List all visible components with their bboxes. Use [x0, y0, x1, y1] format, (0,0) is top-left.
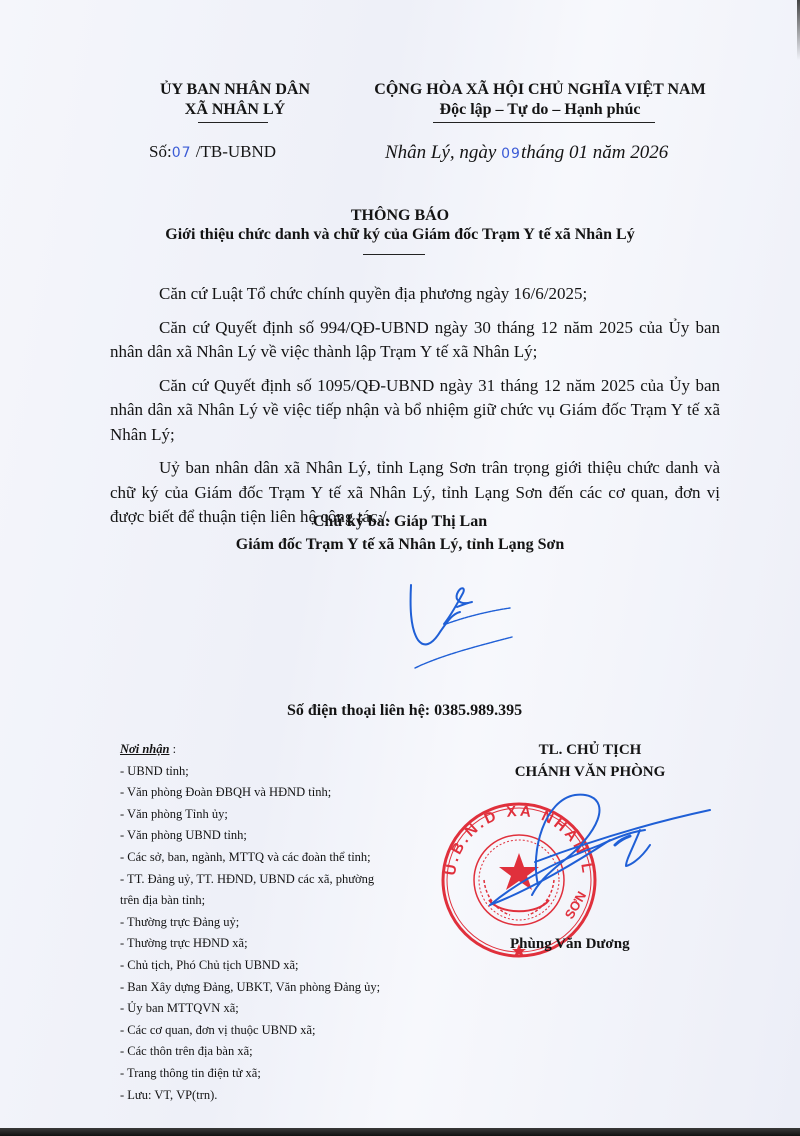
- recipients-list: Nơi nhận : - UBND tỉnh; - Văn phòng Đoàn…: [120, 739, 420, 1106]
- paragraph: Căn cứ Luật Tổ chức chính quyền địa phươ…: [110, 282, 720, 307]
- list-item: trên địa bàn tỉnh;: [120, 890, 420, 912]
- document-body: Căn cứ Luật Tổ chức chính quyền địa phươ…: [110, 282, 720, 539]
- agency-line-1: ỦY BAN NHÂN DÂN: [110, 80, 360, 100]
- country-name: CỘNG HÒA XÃ HỘI CHỦ NGHĨA VIỆT NAM: [350, 80, 730, 100]
- list-item: - Trang thông tin điện tử xã;: [120, 1063, 420, 1085]
- recipients-label: Nơi nhận: [120, 742, 169, 756]
- list-item: - Thường trực Đảng uỷ;: [120, 912, 420, 934]
- paragraph: Căn cứ Quyết định số 994/QĐ-UBND ngày 30…: [110, 316, 720, 365]
- signing-position: CHÁNH VĂN PHÒNG: [470, 761, 710, 783]
- list-item: - Ban Xây dựng Đảng, UBKT, Văn phòng Đản…: [120, 977, 420, 999]
- paragraph: Căn cứ Quyết định số 1095/QĐ-UBND ngày 3…: [110, 374, 720, 448]
- recipients-label-suffix: :: [169, 742, 176, 756]
- list-item: - Các cơ quan, đơn vị thuộc UBND xã;: [120, 1020, 420, 1042]
- list-item: - Thường trực HĐND xã;: [120, 933, 420, 955]
- scan-edge: [0, 1128, 800, 1136]
- date-prefix: Nhân Lý, ngày: [385, 142, 501, 163]
- list-item: - Các thôn trên địa bàn xã;: [120, 1041, 420, 1063]
- document-number: Số:07 /TB-UBND: [149, 142, 276, 162]
- divider: [198, 122, 268, 123]
- agency-line-2: XÃ NHÂN LÝ: [110, 100, 360, 120]
- number-prefix: Số:: [149, 142, 172, 161]
- sample-signature-position: Giám đốc Trạm Y tế xã Nhân Lý, tỉnh Lạng…: [0, 534, 800, 556]
- motto: Độc lập – Tự do – Hạnh phúc: [350, 100, 730, 120]
- divider: [363, 254, 425, 255]
- document-subtitle: Giới thiệu chức danh và chữ ký của Giám …: [0, 224, 800, 246]
- document-date: Nhân Lý, ngày 09tháng 01 năm 2026: [385, 142, 668, 164]
- list-item: - Lưu: VT, VP(trn).: [120, 1085, 420, 1107]
- list-item: - Văn phòng Tỉnh ủy;: [120, 804, 420, 826]
- handwritten-number: 07: [172, 145, 192, 161]
- contact-phone: Số điện thoại liên hệ: 0385.989.395: [287, 702, 522, 720]
- list-item: - Chủ tịch, Phó Chủ tịch UBND xã;: [120, 955, 420, 977]
- handwritten-day: 09: [501, 146, 521, 162]
- list-item: - Các sở, ban, ngành, MTTQ và các đoàn t…: [120, 847, 420, 869]
- issuing-agency: ỦY BAN NHÂN DÂN XÃ NHÂN LÝ: [110, 80, 360, 120]
- list-item: - UBND tỉnh;: [120, 761, 420, 783]
- number-suffix: /TB-UBND: [192, 142, 277, 161]
- date-suffix: tháng 01 năm 2026: [521, 142, 668, 163]
- divider: [433, 122, 655, 123]
- signer-name: Phùng Văn Dương: [510, 936, 630, 953]
- national-motto: CỘNG HÒA XÃ HỘI CHỦ NGHĨA VIỆT NAM Độc l…: [350, 80, 730, 120]
- signing-on-behalf: TL. CHỦ TỊCH: [470, 739, 710, 761]
- list-item: - TT. Đảng uỷ, TT. HĐND, UBND các xã, ph…: [120, 869, 420, 891]
- sample-signature-title: Chữ ký bà: Giáp Thị Lan: [0, 511, 800, 533]
- list-item: - Ủy ban MTTQVN xã;: [120, 998, 420, 1020]
- list-item: - Văn phòng Đoàn ĐBQH và HĐND tỉnh;: [120, 782, 420, 804]
- list-item: - Văn phòng UBND tỉnh;: [120, 825, 420, 847]
